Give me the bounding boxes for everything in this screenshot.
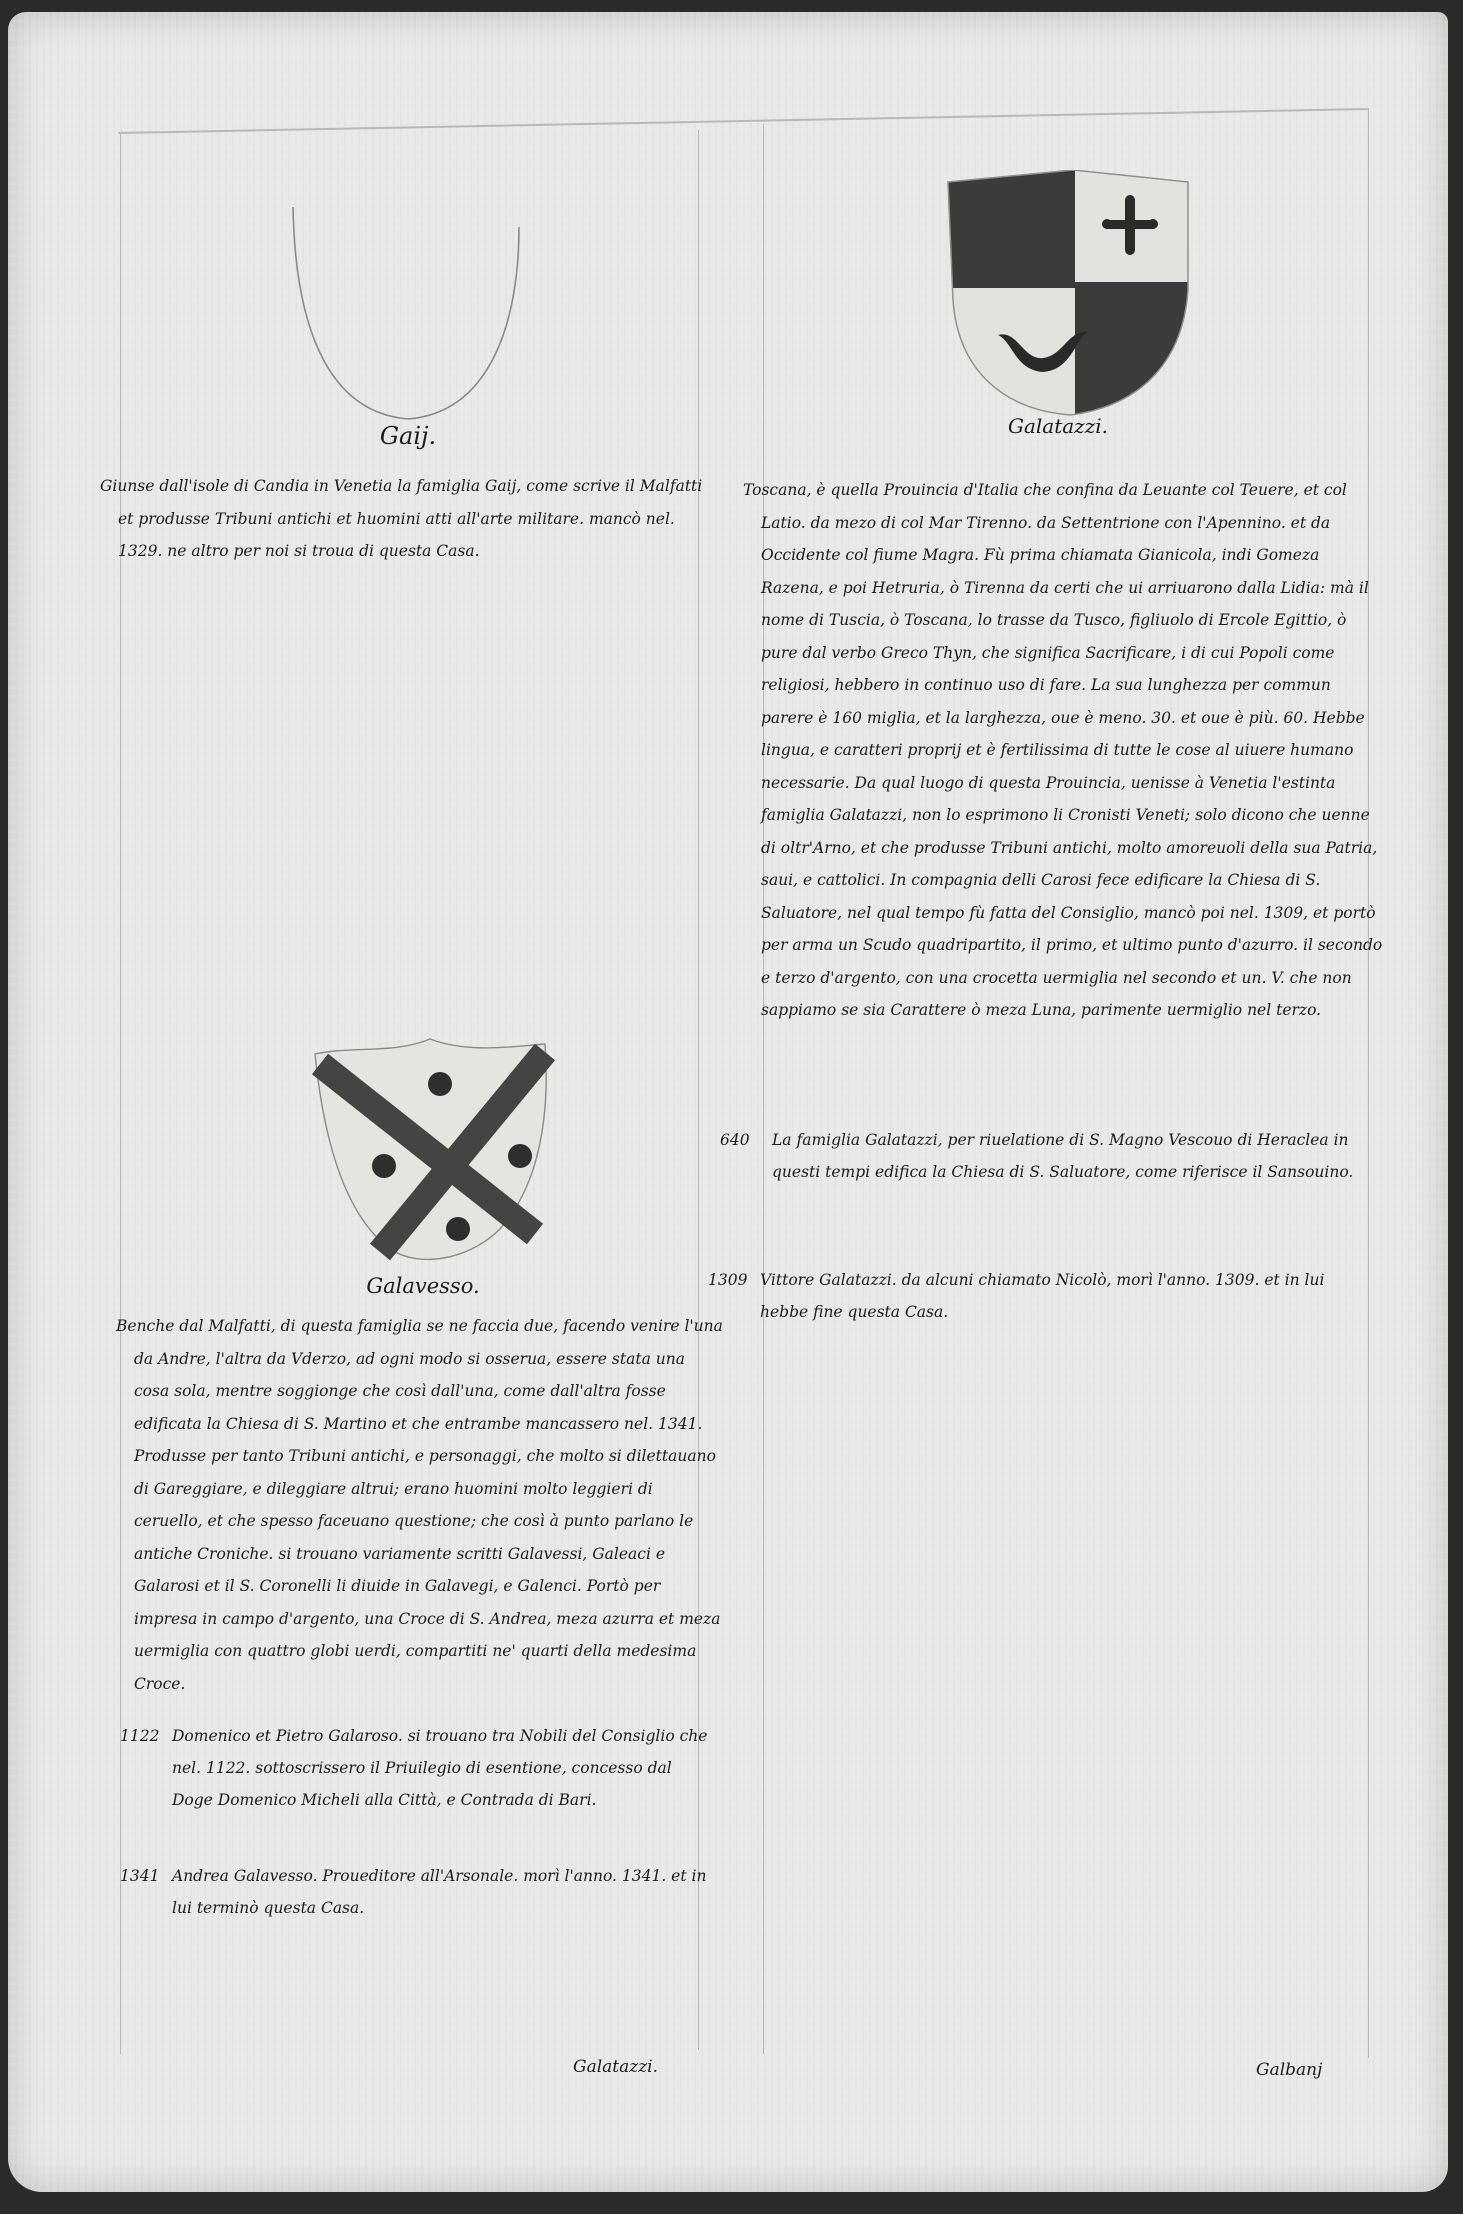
galavesso-description: Benche dal Malfatti, di questa famiglia …	[116, 1310, 724, 1700]
galatazzi-description: Toscana, è quella Prouincia d'Italia che…	[743, 474, 1386, 1027]
galavesso-saltire-shield-icon	[300, 1024, 560, 1274]
family-heading-gaij: Gaij.	[308, 422, 508, 450]
gaij-blank-shield-icon	[283, 197, 533, 437]
entry-text: La famiglia Galatazzi, per riuelatione d…	[772, 1124, 1368, 1188]
entry-year: 640	[720, 1124, 750, 1156]
family-heading-galatazzi: Galatazzi.	[958, 414, 1158, 438]
catchword-right: Galbanj	[1256, 2060, 1322, 2080]
entry-text: Domenico et Pietro Galaroso. si trouano …	[172, 1720, 708, 1816]
entry-year: 1122	[120, 1720, 159, 1752]
entry-text: Vittore Galatazzi. da alcuni chiamato Ni…	[760, 1264, 1368, 1328]
manuscript-page: Gaij. Giunse dall'isole di Candia in Ven…	[8, 12, 1448, 2192]
galavesso-entry-1341: 1341 Andrea Galavesso. Proueditore all'A…	[120, 1860, 708, 1930]
top-rule	[118, 108, 1368, 134]
catchword-left: Galatazzi.	[573, 2057, 658, 2077]
right-margin-rule	[1368, 108, 1369, 2058]
galatazzi-quarterly-shield-icon	[943, 170, 1193, 420]
family-heading-galavesso: Galavesso.	[308, 1274, 538, 1298]
gaij-description: Giunse dall'isole di Candia in Venetia l…	[100, 470, 718, 568]
entry-text: Andrea Galavesso. Proueditore all'Arsona…	[172, 1860, 708, 1924]
galatazzi-entry-640: 640 La famiglia Galatazzi, per riuelatio…	[720, 1124, 1368, 1224]
galatazzi-entry-1309: 1309 Vittore Galatazzi. da alcuni chiama…	[708, 1264, 1368, 1334]
right-column-inner-rule	[763, 124, 764, 2054]
entry-year: 1341	[120, 1860, 159, 1892]
galavesso-entry-1122: 1122 Domenico et Pietro Galaroso. si tro…	[120, 1720, 708, 1840]
entry-year: 1309	[708, 1264, 747, 1296]
